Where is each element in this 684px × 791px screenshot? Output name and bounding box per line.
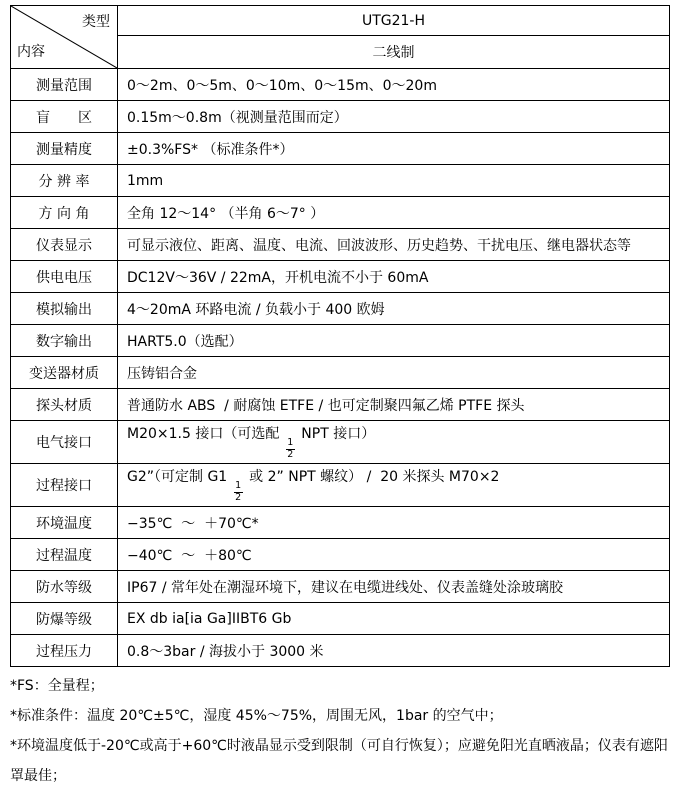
row-value: 可显示液位、距离、温度、电流、回波波形、历史趋势、干扰电压、继电器状态等 (118, 229, 670, 261)
row-value: 0～2m、0～5m、0～10m、0～15m、0～20m (118, 69, 670, 101)
model-cell: UTG21-H (118, 6, 670, 36)
footnote-standard-conditions: *标准条件：温度 20℃±5℃，湿度 45%～75%，周围无风，1bar 的空气… (10, 701, 672, 731)
row-value: 0.8～3bar / 海拔小于 3000 米 (118, 635, 670, 667)
value-text-pre: M20×1.5 接口（可选配 (127, 426, 284, 442)
row-value: 压铸铝合金 (118, 357, 670, 389)
table-row: 分 辨 率 1mm (11, 165, 670, 197)
value-text-post: NPT 接口） (297, 426, 375, 442)
table-row: 过程接口 G2”（可定制 G1 12 或 2” NPT 螺纹） / 20 米探头… (11, 464, 670, 507)
spec-sheet-page: 类型 内容 UTG21-H 二线制 测量范围 0～2m、0～5m、0～10m、0… (0, 0, 684, 791)
table-row: 供电电压 DC12V～36V / 22mA，开机电流不小于 60mA (11, 261, 670, 293)
row-value: G2”（可定制 G1 12 或 2” NPT 螺纹） / 20 米探头 M70×… (118, 464, 670, 507)
table-row: 防爆等级 EX db ia[ia Ga]IIBT6 Gb (11, 603, 670, 635)
fraction-denominator: 2 (234, 493, 243, 504)
table-row: 测量精度 ±0.3%FS* （标准条件*） (11, 133, 670, 165)
row-label: 过程压力 (11, 635, 118, 667)
row-value: 0.15m～0.8m（视测量范围而定） (118, 101, 670, 133)
value-text-post: 或 2” NPT 螺纹） / 20 米探头 M70×2 (245, 469, 500, 485)
spec-table: 类型 内容 UTG21-H 二线制 测量范围 0～2m、0～5m、0～10m、0… (10, 5, 670, 667)
table-row: 仪表显示 可显示液位、距离、温度、电流、回波波形、历史趋势、干扰电压、继电器状态… (11, 229, 670, 261)
row-value: 普通防水 ABS / 耐腐蚀 ETFE / 也可定制聚四氟乙烯 PTFE 探头 (118, 389, 670, 421)
row-label: 仪表显示 (11, 229, 118, 261)
row-value: M20×1.5 接口（可选配 12 NPT 接口） (118, 421, 670, 464)
table-row: 探头材质 普通防水 ABS / 耐腐蚀 ETFE / 也可定制聚四氟乙烯 PTF… (11, 389, 670, 421)
table-row: 防水等级 IP67 / 常年处在潮湿环境下，建议在电缆进线处、仪表盖缝处涂玻璃胶 (11, 571, 670, 603)
row-label: 过程接口 (11, 464, 118, 507)
footnote-ambient-temp-limit: *环境温度低于-20℃或高于+60℃时液晶显示受到限制（可自行恢复）；应避免阳光… (10, 731, 672, 791)
row-label: 电气接口 (11, 421, 118, 464)
table-row: 变送器材质 压铸铝合金 (11, 357, 670, 389)
row-value: −35℃ ～ ＋70℃* (118, 507, 670, 539)
table-row: 盲 区 0.15m～0.8m（视测量范围而定） (11, 101, 670, 133)
table-row: 模拟输出 4～20mA 环路电流 / 负载小于 400 欧姆 (11, 293, 670, 325)
row-label: 防水等级 (11, 571, 118, 603)
corner-label-content: 内容 (17, 41, 45, 61)
row-label: 数字输出 (11, 325, 118, 357)
row-label: 环境温度 (11, 507, 118, 539)
row-value: ±0.3%FS* （标准条件*） (118, 133, 670, 165)
row-value: DC12V～36V / 22mA，开机电流不小于 60mA (118, 261, 670, 293)
row-label: 防爆等级 (11, 603, 118, 635)
row-label: 供电电压 (11, 261, 118, 293)
row-value: −40℃ ～ ＋80℃ (118, 539, 670, 571)
table-row: 环境温度 −35℃ ～ ＋70℃* (11, 507, 670, 539)
row-value: EX db ia[ia Ga]IIBT6 Gb (118, 603, 670, 635)
row-label: 方 向 角 (11, 197, 118, 229)
row-value: 1mm (118, 165, 670, 197)
row-value: 4～20mA 环路电流 / 负载小于 400 欧姆 (118, 293, 670, 325)
row-value: 全角 12～14° （半角 6～7° ） (118, 197, 670, 229)
fraction-denominator: 2 (286, 450, 295, 461)
row-value: HART5.0（选配） (118, 325, 670, 357)
table-row: 电气接口 M20×1.5 接口（可选配 12 NPT 接口） (11, 421, 670, 464)
table-row: 数字输出 HART5.0（选配） (11, 325, 670, 357)
footnote-fs: *FS：全量程； (10, 671, 672, 701)
table-row: 过程压力 0.8～3bar / 海拔小于 3000 米 (11, 635, 670, 667)
row-label: 探头材质 (11, 389, 118, 421)
corner-label-type: 类型 (82, 11, 110, 31)
row-label: 测量范围 (11, 69, 118, 101)
wire-type-cell: 二线制 (118, 36, 670, 69)
footnotes: *FS：全量程； *标准条件：温度 20℃±5℃，湿度 45%～75%，周围无风… (10, 671, 672, 791)
row-label: 模拟输出 (11, 293, 118, 325)
table-row: 方 向 角 全角 12～14° （半角 6～7° ） (11, 197, 670, 229)
row-label: 变送器材质 (11, 357, 118, 389)
row-value: IP67 / 常年处在潮湿环境下，建议在电缆进线处、仪表盖缝处涂玻璃胶 (118, 571, 670, 603)
fraction-one-half: 12 (286, 438, 295, 461)
value-text-pre: G2”（可定制 G1 (127, 469, 232, 485)
row-label: 分 辨 率 (11, 165, 118, 197)
row-label: 测量精度 (11, 133, 118, 165)
row-label: 过程温度 (11, 539, 118, 571)
table-row: 测量范围 0～2m、0～5m、0～10m、0～15m、0～20m (11, 69, 670, 101)
row-label: 盲 区 (11, 101, 118, 133)
header-corner-cell: 类型 内容 (11, 6, 118, 69)
table-row: 过程温度 −40℃ ～ ＋80℃ (11, 539, 670, 571)
fraction-one-half: 12 (234, 481, 243, 504)
